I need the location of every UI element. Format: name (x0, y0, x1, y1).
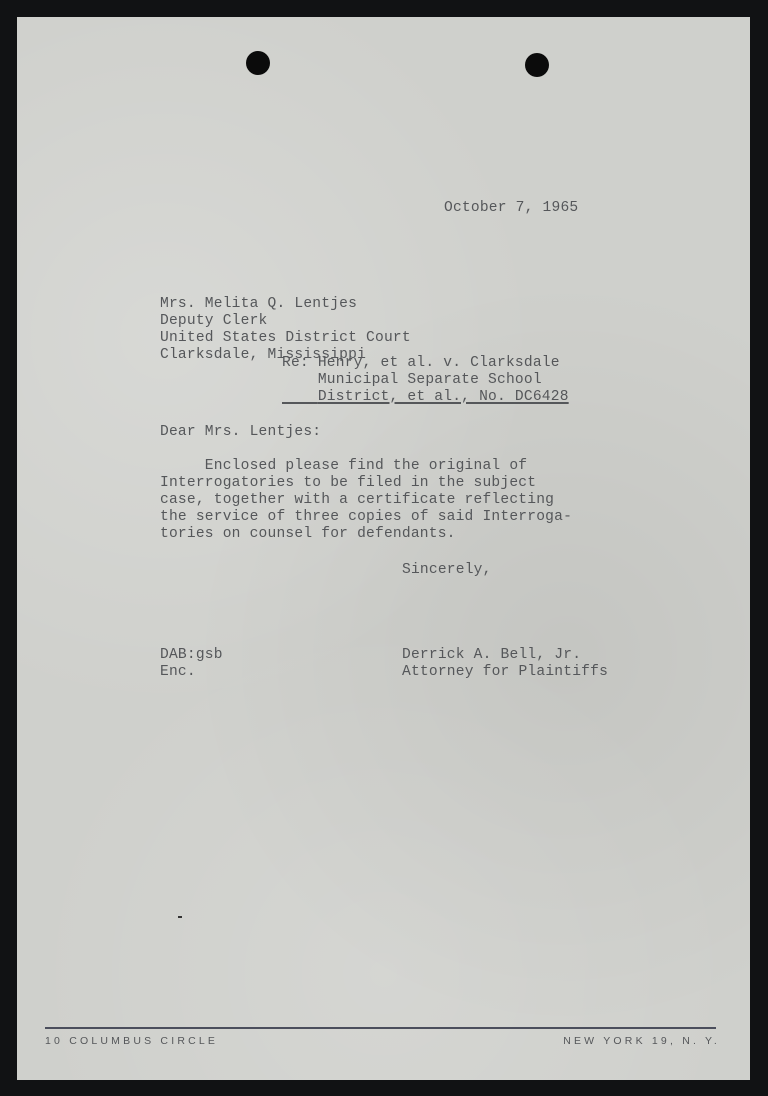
body-line: Interrogatories to be filed in the subje… (160, 475, 572, 492)
letter-page: October 7, 1965 Mrs. Melita Q. LentjesDe… (17, 17, 750, 1080)
re-line: Henry, et al. v. Clarksdale (318, 355, 560, 371)
body-line: the service of three copies of said Inte… (160, 509, 572, 526)
signer-title: Attorney for Plaintiffs (402, 664, 608, 681)
footer-address-street: 10 COLUMBUS CIRCLE (45, 1035, 218, 1047)
recipient-organization: United States District Court (160, 330, 411, 347)
recipient-address: Mrs. Melita Q. LentjesDeputy ClerkUnited… (160, 296, 411, 364)
closing: Sincerely, (402, 562, 492, 579)
footer-divider (45, 1027, 716, 1029)
enclosure-note: Enc. (160, 664, 223, 681)
footer-address-city: NEW YORK 19, N. Y. (563, 1035, 720, 1047)
stray-mark (178, 916, 182, 918)
reference-initials: DAB:gsbEnc. (160, 647, 223, 681)
recipient-name: Mrs. Melita Q. Lentjes (160, 296, 411, 313)
letter-date: October 7, 1965 (444, 200, 578, 217)
re-label: Re: (282, 355, 309, 371)
letter-body: Enclosed please find the original ofInte… (160, 458, 572, 543)
punch-hole-icon (525, 53, 549, 77)
salutation: Dear Mrs. Lentjes: (160, 424, 321, 441)
signature-block: Derrick A. Bell, Jr.Attorney for Plainti… (402, 647, 608, 681)
body-line: Enclosed please find the original of (160, 458, 572, 475)
subject-reference: Re: Henry, et al. v. Clarksdale Municipa… (282, 355, 569, 406)
re-line: Municipal Separate School (318, 372, 542, 388)
re-line: District, et al., No. DC6428 (318, 389, 569, 405)
body-line: case, together with a certificate reflec… (160, 492, 572, 509)
punch-hole-icon (246, 51, 270, 75)
recipient-title: Deputy Clerk (160, 313, 411, 330)
typist-initials: DAB:gsb (160, 647, 223, 664)
body-line: tories on counsel for defendants. (160, 526, 572, 543)
signer-name: Derrick A. Bell, Jr. (402, 647, 608, 664)
